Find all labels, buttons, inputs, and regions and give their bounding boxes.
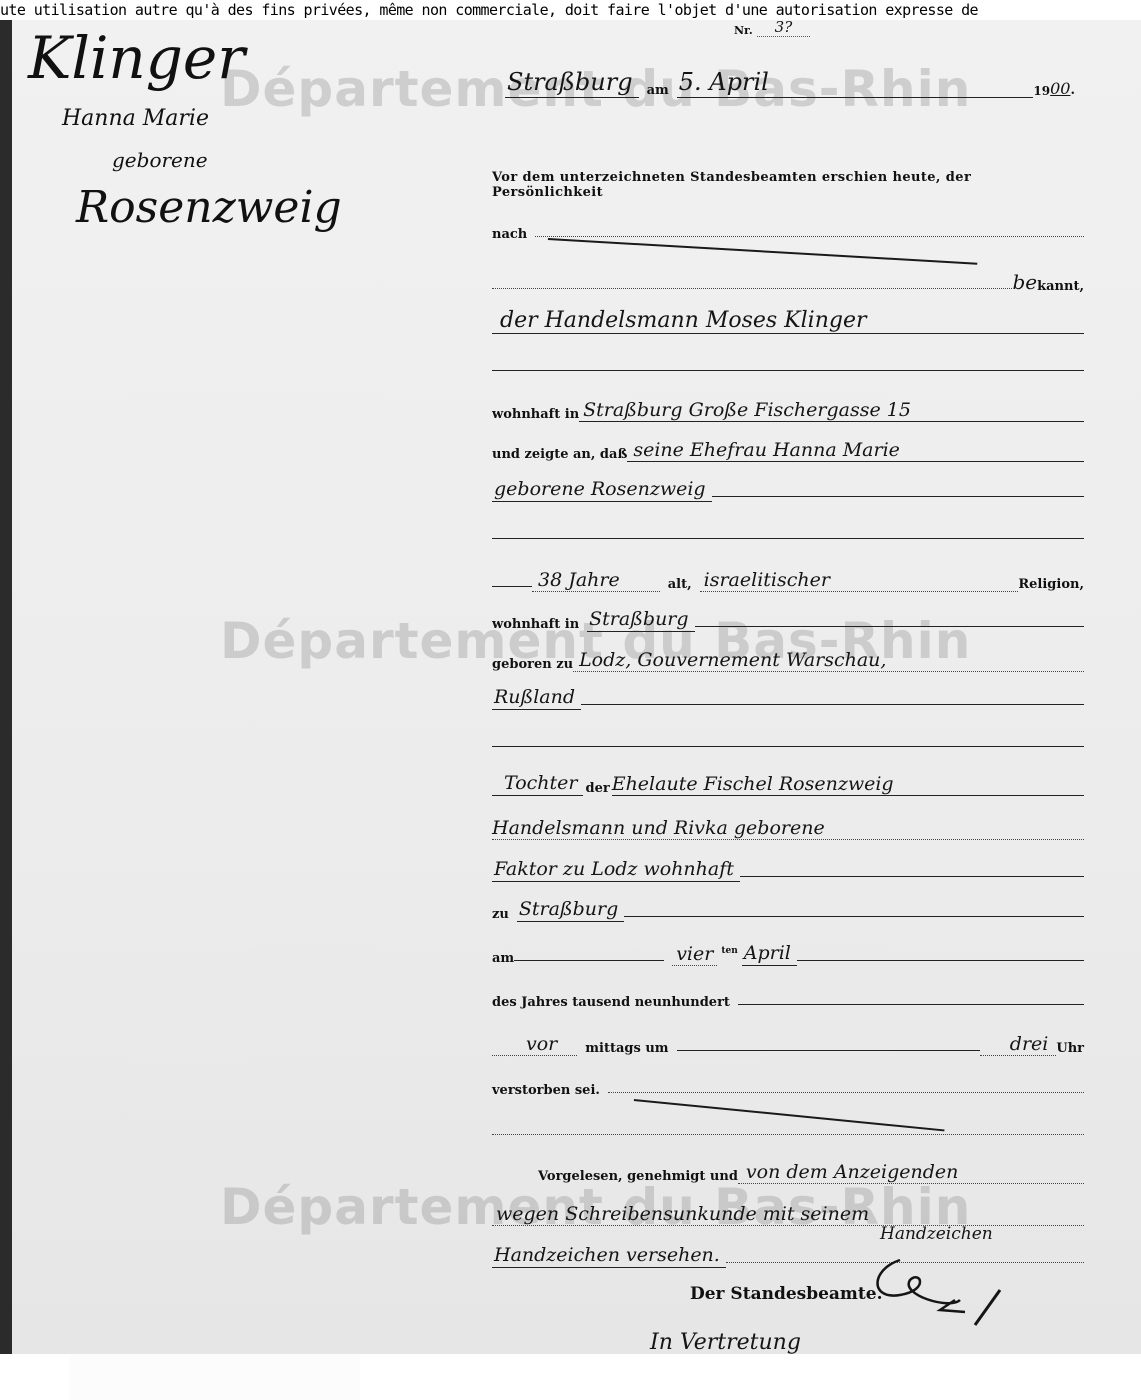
year-suffix: .	[1070, 83, 1075, 98]
scanned-document: Département du Bas-Rhin Département du B…	[0, 20, 1141, 1354]
closing-line1: von dem Anzeigenden	[738, 1161, 1084, 1184]
am-label: am	[647, 83, 669, 98]
parents-line2: Handelsmann und Rivka geborene	[492, 817, 1084, 840]
alt-label: alt,	[668, 577, 692, 592]
closing-line3: Handzeichen versehen.	[492, 1244, 726, 1268]
row-blank	[492, 722, 1084, 752]
age: 38 Jahre	[532, 569, 660, 592]
death-month: April	[742, 942, 797, 966]
record-number: Nr. 3?	[734, 20, 810, 37]
row-birthplace-2: Rußland	[492, 680, 1084, 710]
verstorben-label: verstorben sei.	[492, 1083, 600, 1098]
mittags-label: mittags um	[585, 1041, 668, 1056]
death-day-suffix: ten	[721, 946, 737, 956]
row-death-date: am vier ten April	[492, 936, 1084, 966]
year-hand: 00	[1050, 79, 1070, 98]
time-period: vor	[492, 1033, 577, 1056]
row-death-time: vor mittags um drei Uhr	[492, 1026, 1084, 1056]
religion: israelitischer	[700, 569, 1019, 592]
parents-line3: Faktor zu Lodz wohnhaft	[492, 858, 740, 882]
margin-born-label: geborene	[112, 148, 208, 172]
row-death-place: zu Straßburg	[492, 892, 1084, 922]
row-declarant: der Handelsmann Moses Klinger	[492, 304, 1084, 334]
row-nach: nach	[492, 212, 1084, 242]
parents-line1: Ehelaute Fischel Rosenzweig	[612, 773, 1084, 796]
row-death-year: des Jahres tausend neunhundert	[492, 980, 1084, 1010]
header-place-date: Straßburg am 5. April 19 00 .	[505, 64, 1075, 98]
row-closing-1: Vorgelesen, genehmigt und von dem Anzeig…	[492, 1154, 1084, 1184]
deceased-name-line2: geborene Rosenzweig	[492, 478, 712, 502]
row-parents-3: Faktor zu Lodz wohnhaft	[492, 852, 1084, 882]
wohnhaft-label: wohnhaft in	[492, 617, 579, 632]
jahres-label: des Jahres tausend neunhundert	[492, 995, 730, 1010]
row-verstorben: verstorben sei.	[492, 1068, 1084, 1098]
margin-given-names: Hanna Marie	[62, 106, 209, 131]
parents-relation: Tochter	[492, 772, 583, 796]
row-blank	[492, 1110, 1084, 1140]
strike-line	[548, 238, 977, 265]
row-birthplace: geboren zu Lodz, Gouvernement Warschau,	[492, 642, 1084, 672]
nach-label: nach	[492, 227, 527, 242]
time-hour: drei	[980, 1033, 1057, 1056]
intro-text: Vor dem unterzeichneten Standesbeamten e…	[492, 170, 1084, 200]
row-blank	[492, 514, 1084, 544]
deceased-name-line1: seine Ehefrau Hanna Marie	[627, 439, 1084, 462]
declarant-name: der Handelsmann Moses Klinger	[492, 308, 1084, 334]
death-day: vier	[672, 943, 717, 966]
geboren-label: geboren zu	[492, 657, 573, 672]
bekannt-hand: be	[1012, 270, 1037, 294]
declarant-residence: Straßburg Große Fischergasse 15	[579, 399, 1084, 422]
row-bekannt: be kannt,	[492, 264, 1084, 294]
religion-label: Religion,	[1018, 577, 1084, 592]
officer-signature: In Vertretung	[650, 1330, 801, 1354]
wohnhaft-label: wohnhaft in	[492, 407, 579, 422]
birthplace-line2: Rußland	[492, 686, 581, 710]
officer-title: Der Standesbeamte.	[690, 1284, 883, 1304]
copyright-banner: ute utilisation autre qu'à des fins priv…	[0, 0, 1141, 20]
row-declarant-residence: wohnhaft in Straßburg Große Fischergasse…	[492, 392, 1084, 422]
zu-label: zu	[492, 907, 509, 922]
row-closing-2: wegen Schreibensunkunde mit seinem	[492, 1196, 1084, 1226]
row-zeigte: und zeigte an, daß seine Ehefrau Hanna M…	[492, 432, 1084, 462]
record-place: Straßburg	[505, 68, 639, 98]
year-print: 19	[1033, 84, 1050, 98]
row-blank	[492, 346, 1084, 376]
margin-maiden-name: Rosenzweig	[76, 182, 342, 233]
margin-surname: Klinger	[28, 24, 245, 92]
number-value: 3?	[757, 20, 811, 37]
der-label: der	[585, 781, 609, 796]
page-bottom-margin	[0, 1354, 1141, 1400]
closing-line2: wegen Schreibensunkunde mit seinem	[492, 1203, 1084, 1226]
row-parents-2: Handelsmann und Rivka geborene	[492, 810, 1084, 840]
row-parents-1: Tochter der Ehelaute Fischel Rosenzweig	[492, 766, 1084, 796]
death-place: Straßburg	[517, 898, 624, 922]
bekannt-label: kannt,	[1037, 279, 1084, 294]
row-deceased-line2: geborene Rosenzweig	[492, 472, 1084, 502]
record-date: 5. April	[677, 68, 1034, 98]
zeigte-label: und zeigte an, daß	[492, 447, 627, 462]
am-label: am	[492, 951, 514, 966]
binding-edge	[0, 20, 12, 1354]
deceased-residence: Straßburg	[587, 608, 694, 632]
vorgelesen-label: Vorgelesen, genehmigt und	[538, 1169, 738, 1184]
row-deceased-residence: wohnhaft in Straßburg	[492, 602, 1084, 632]
row-age-religion: 38 Jahre alt, israelitischer Religion,	[492, 562, 1084, 592]
uhr-label: Uhr	[1056, 1041, 1084, 1056]
birthplace-line1: Lodz, Gouvernement Warschau,	[573, 649, 1084, 672]
number-label: Nr.	[734, 24, 753, 37]
